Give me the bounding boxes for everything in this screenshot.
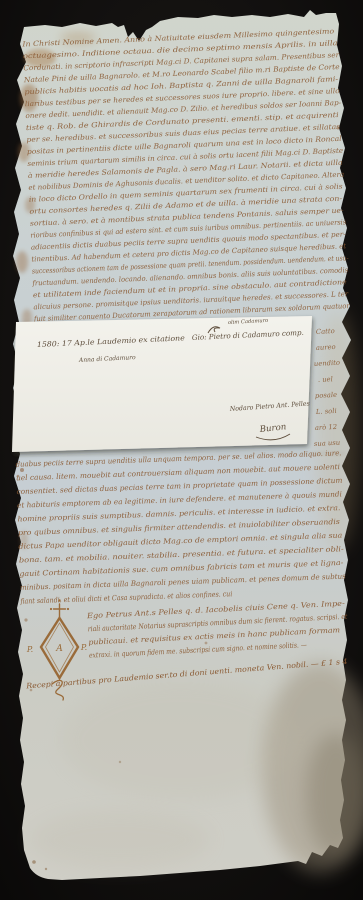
margin-fragment: uendito [314,359,341,368]
margin-fragment: posale [315,391,338,400]
margin-fragment: aureo [316,343,336,352]
archival-slip: olim Cadamuro 1580: 17 Ap.le Laudemio ex… [12,316,312,452]
margin-fragment: Catto [316,327,335,336]
photo-frame: In Christi Nomine Amen. Anno à Natiuitat… [0,0,363,900]
margin-fragment: sua usu [314,439,341,448]
margin-fragment: . uel [318,375,333,384]
manuscript-photo: In Christi Nomine Amen. Anno à Natiuitat… [0,0,363,900]
margin-fragment: L. soli [315,407,337,416]
notary-sign-letter-center: A [55,644,63,654]
margin-fragment: arò 12 [315,423,338,432]
deed-lower-text-block: duabus peciis terre supra uenditis ulla … [15,448,347,605]
notary-sign-letter-right: P. [80,643,87,652]
notary-sign-letter-left: P. [26,645,33,654]
